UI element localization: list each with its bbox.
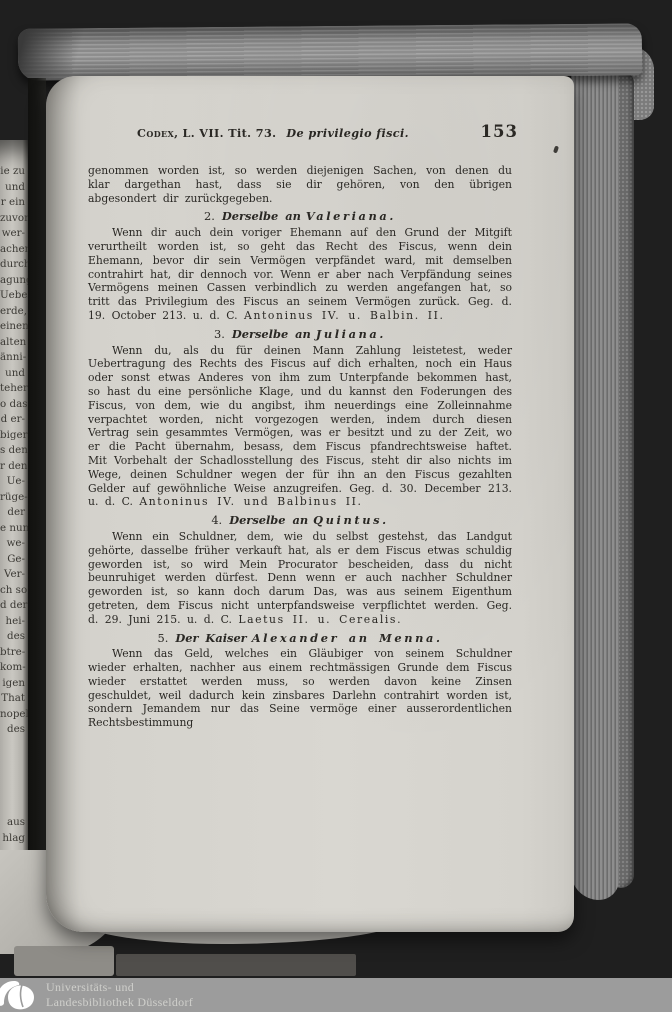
section-heading-name: Alexander an Menna. xyxy=(252,631,443,645)
left-page-text-fragment: s den xyxy=(0,443,28,459)
section-5: 5.Der KaiserAlexander an Menna. Wenn das… xyxy=(88,632,512,731)
left-page-text-fragment: zuvor xyxy=(0,211,28,227)
section-heading-prefix: Derselbe an xyxy=(232,327,311,341)
left-page-text-fragment: d er- xyxy=(0,412,28,428)
page-number: 153 xyxy=(481,122,518,141)
section-number: 3. xyxy=(214,327,225,341)
section-heading: 5.Der KaiserAlexander an Menna. xyxy=(88,632,512,646)
left-page-text-fragment: erde, xyxy=(0,304,28,320)
section-heading: 4.Derselbe anQuintus. xyxy=(88,514,512,528)
section-4: 4.Derselbe anQuintus. Wenn ein Schuldner… xyxy=(88,514,512,626)
left-page-text-fragment: alten xyxy=(0,335,28,351)
page-body: genommen worden ist, so werden diejenige… xyxy=(88,164,512,730)
continuation-paragraph: genommen worden ist, so werden diejenige… xyxy=(88,164,512,205)
book-cradle-block xyxy=(14,946,114,976)
section-heading: 2.Derselbe anValeriana. xyxy=(88,210,512,224)
section-signature: Laetus II. u. Cerealis. xyxy=(238,613,402,626)
book-page: Codex, L. VII. Tit. 73. De privilegio fi… xyxy=(46,76,574,932)
left-page-text-fragment xyxy=(0,769,28,785)
scan-photo-background: ie zuundr einzuvorwer-achendurchagungUeb… xyxy=(0,0,672,1012)
left-page-text-fragment: rüge- xyxy=(0,490,28,506)
book-top-edge xyxy=(18,23,642,80)
left-page-text-fragment: kom- xyxy=(0,660,28,676)
section-heading-prefix: Derselbe an xyxy=(229,513,308,527)
left-page-text-fragment: r den xyxy=(0,459,28,475)
section-number: 5. xyxy=(157,631,168,645)
left-page-text-fragment: ch so xyxy=(0,583,28,599)
section-3: 3.Derselbe anJuliana. Wenn du, als du fü… xyxy=(88,328,512,509)
left-page-text-fragment: und xyxy=(0,180,28,196)
section-paragraph: Wenn du, als du für deinen Mann Zahlung … xyxy=(88,344,512,510)
section-paragraph: Wenn ein Schuldner, dem, wie du selbst g… xyxy=(88,530,512,627)
left-page-text-fragment: biger xyxy=(0,428,28,444)
section-body-text: Wenn das Geld, welches ein Gläubiger von… xyxy=(88,647,512,729)
scan-speck xyxy=(553,146,559,154)
book-gutter-shadow xyxy=(28,78,46,862)
left-page-text-fragment: achen xyxy=(0,242,28,258)
watermark-line2: Landesbibliothek Düsseldorf xyxy=(46,995,193,1010)
watermark-line1: Universitäts- und xyxy=(46,980,193,995)
left-page-text-fragment: einen xyxy=(0,319,28,335)
section-paragraph: Wenn das Geld, welches ein Gläubiger von… xyxy=(88,647,512,730)
running-title-codex: Codex, xyxy=(137,126,178,140)
left-page-text-fragment: nopel xyxy=(0,707,28,723)
section-body-text: Wenn ein Schuldner, dem, wie du selbst g… xyxy=(88,530,512,626)
running-title-latin: De privilegio fisci. xyxy=(286,126,409,140)
section-heading-prefix: Derselbe an xyxy=(222,209,301,223)
left-page-text-fragment: we- xyxy=(0,536,28,552)
left-page-text-fragment xyxy=(0,800,28,816)
watermark-text: Universitäts- und Landesbibliothek Düsse… xyxy=(46,980,193,1010)
book-shadow-block xyxy=(116,954,356,976)
left-page-text-fragment xyxy=(0,784,28,800)
left-page-text-fragment: agung xyxy=(0,273,28,289)
section-heading-name: Juliana. xyxy=(316,327,386,341)
left-page-text-fragment: änni- xyxy=(0,350,28,366)
section-signature: Antoninus IV. u. Balbin. II. xyxy=(244,309,445,322)
section-number: 4. xyxy=(211,513,222,527)
left-page-text-fragment: und xyxy=(0,366,28,382)
watermark-bar: Universitäts- und Landesbibliothek Düsse… xyxy=(0,978,672,1012)
section-heading-name: Quintus. xyxy=(313,513,389,527)
left-page-text-fragment xyxy=(0,738,28,754)
left-page-text-fragment: Ue- xyxy=(0,474,28,490)
left-page-text-fragment: o das xyxy=(0,397,28,413)
page-header: Codex, L. VII. Tit. 73. De privilegio fi… xyxy=(88,126,512,144)
left-page-text-fragment: des xyxy=(0,722,28,738)
section-body-text: Wenn du, als du für deinen Mann Zahlung … xyxy=(88,344,512,509)
left-page-text-fragment: wer- xyxy=(0,226,28,242)
left-page-text-fragment xyxy=(0,753,28,769)
section-heading-prefix: Der Kaiser xyxy=(175,631,246,645)
left-page-text-fragment: igen xyxy=(0,676,28,692)
left-page-text-fragment: e nun xyxy=(0,521,28,537)
left-page-text-fragment: ie zu xyxy=(0,164,28,180)
ulb-duesseldorf-logo-icon xyxy=(0,979,40,1011)
left-page-text-fragment: der xyxy=(0,505,28,521)
left-page-text-fragment: That xyxy=(0,691,28,707)
section-body-text: Wenn dir auch dein voriger Ehemann auf d… xyxy=(88,226,512,322)
running-title-reference: L. VII. Tit. 73. xyxy=(182,126,276,140)
left-page-text-fragment: Ver- xyxy=(0,567,28,583)
section-heading-name: Valeriana. xyxy=(306,209,396,223)
section-heading: 3.Derselbe anJuliana. xyxy=(88,328,512,342)
left-page-text-fragment: Ge- xyxy=(0,552,28,568)
left-page-text-fragment: hlag xyxy=(0,831,28,847)
section-signature: Antoninus IV. und Balbinus II. xyxy=(139,495,362,508)
left-page-text-fragment: Ueber- xyxy=(0,288,28,304)
left-page-text-fragment: hei- xyxy=(0,614,28,630)
left-page-text-fragment: btre- xyxy=(0,645,28,661)
left-page-text-fragment: des xyxy=(0,629,28,645)
book-fore-edge xyxy=(571,62,619,900)
running-title: Codex, L. VII. Tit. 73. De privilegio fi… xyxy=(88,126,512,140)
left-page-edge: ie zuundr einzuvorwer-achendurchagungUeb… xyxy=(0,140,28,862)
left-page-text-fragment: d der xyxy=(0,598,28,614)
section-2: 2.Derselbe anValeriana. Wenn dir auch de… xyxy=(88,210,512,322)
left-page-text-fragment: durch xyxy=(0,257,28,273)
left-page-text-fragment: r ein xyxy=(0,195,28,211)
section-number: 2. xyxy=(204,209,215,223)
left-page-text-fragment: teher xyxy=(0,381,28,397)
left-page-text-fragment: aus xyxy=(0,815,28,831)
section-paragraph: Wenn dir auch dein voriger Ehemann auf d… xyxy=(88,226,512,323)
left-page-edge-padding xyxy=(0,140,28,164)
